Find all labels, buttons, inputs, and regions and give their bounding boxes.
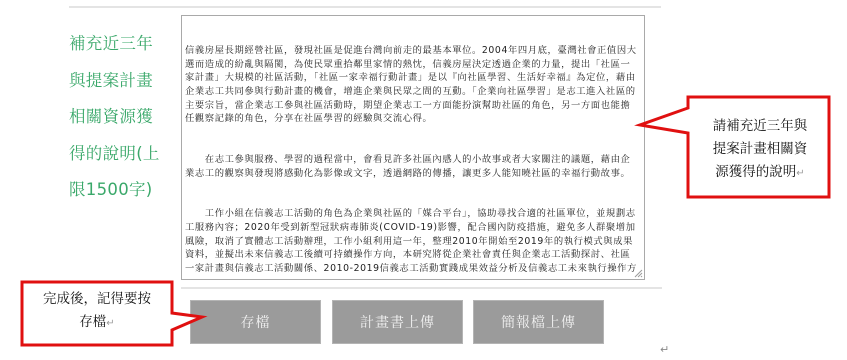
- field-label-line: 與提案計畫: [69, 63, 179, 100]
- save-button[interactable]: 存檔: [190, 300, 321, 344]
- callout-left-line: 完成後，記得要按: [22, 288, 172, 311]
- textarea-paragraph: 信義房屋長期經營社區，發現社區是促進台灣向前走的最基本單位。2004年四月底，臺…: [185, 44, 640, 126]
- field-label-line: 補充近三年: [69, 26, 179, 63]
- callout-right-line: 源獲得的說明: [715, 164, 796, 180]
- textarea-paragraph: 工作小組在信義志工活動的角色為企業與社區的「媒合平台」，協助尋找合適的社區單位，…: [185, 207, 640, 275]
- paragraph-mark-icon: ↵: [106, 318, 114, 329]
- paragraph-return-mark: ↵: [660, 343, 669, 356]
- callout-right-line: 提案計畫相關資: [696, 138, 824, 161]
- callout-left-line: 存檔: [79, 314, 106, 330]
- callout-left: 完成後，記得要按 存檔↵: [22, 288, 172, 335]
- bottom-divider: [181, 287, 662, 289]
- field-label-line: 相關資源獲: [69, 99, 179, 136]
- field-label-line: 限1500字): [69, 172, 179, 209]
- callout-right: 請補充近三年與 提案計畫相關資 源獲得的說明↵: [696, 115, 824, 185]
- upload-plan-button[interactable]: 計畫書上傳: [332, 300, 463, 344]
- textarea-content[interactable]: 信義房屋長期經營社區，發現社區是促進台灣向前走的最基本單位。2004年四月底，臺…: [185, 17, 640, 275]
- callout-right-line: 請補充近三年與: [696, 115, 824, 138]
- top-divider: [69, 6, 661, 8]
- description-textarea[interactable]: 信義房屋長期經營社區，發現社區是促進台灣向前走的最基本單位。2004年四月底，臺…: [181, 15, 645, 280]
- paragraph-mark-icon: ↵: [796, 168, 804, 179]
- upload-slides-button[interactable]: 簡報檔上傳: [473, 300, 604, 344]
- field-label-line: 得的說明(上: [69, 136, 179, 173]
- field-label: 補充近三年 與提案計畫 相關資源獲 得的說明(上 限1500字): [69, 26, 179, 209]
- resize-grip-icon[interactable]: [634, 269, 643, 278]
- textarea-paragraph: 在志工參與服務、學習的過程當中，會看見許多社區內感人的小故事或者大家關注的議題，…: [185, 153, 640, 180]
